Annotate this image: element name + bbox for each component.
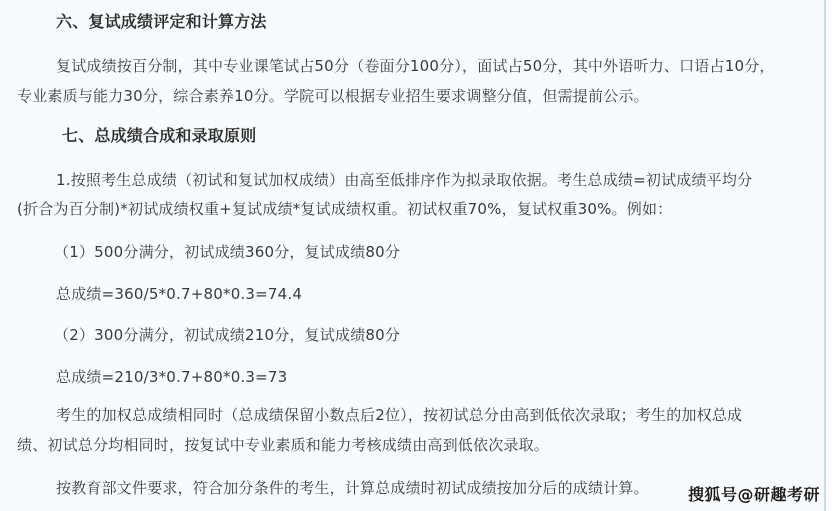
example-1: （1）500分满分，初试成绩360分，复试成绩80分 xyxy=(54,242,400,262)
rule-1-line-1: 1.按照考生总成绩（初试和复试加权成绩）由高至低排序作为拟录取依据。考生总成绩=… xyxy=(56,170,752,190)
example-2: （2）300分满分，初试成绩210分，复试成绩80分 xyxy=(54,325,400,345)
tie-rule-line-2: 绩、初试总分均相同时，按复试中专业素质和能力考核成绩由高到低依次录取。 xyxy=(17,435,549,455)
tie-rule-line-1: 考生的加权总成绩相同时（总成绩保留小数点后2位），按初试总分由高到低依次录取；考… xyxy=(56,405,742,425)
section-7-heading: 七、总成绩合成和录取原则 xyxy=(62,126,256,146)
example-2-formula: 总成绩=210/3*0.7+80*0.3=73 xyxy=(56,367,287,387)
section-6-heading: 六、复试成绩评定和计算方法 xyxy=(56,12,267,32)
example-1-formula: 总成绩=360/5*0.7+80*0.3=74.4 xyxy=(56,284,302,304)
section-6-paragraph-line-2: 专业素质与能力30分，综合素养10分。学院可以根据专业招生要求调整分值，但需提前… xyxy=(17,86,649,106)
sohu-watermark: 搜狐号@研趣考研 xyxy=(688,482,820,505)
document-page: 六、复试成绩评定和计算方法 复试成绩按百分制，其中专业课笔试占50分（卷面分10… xyxy=(0,0,826,511)
rule-1-line-2: (折合为百分制)*初试成绩权重+复试成绩*复试成绩权重。初试权重70%，复试权重… xyxy=(17,199,672,219)
section-6-paragraph-line-1: 复试成绩按百分制，其中专业课笔试占50分（卷面分100分），面试占50分，其中外… xyxy=(56,56,775,76)
bonus-points-rule: 按教育部文件要求，符合加分条件的考生，计算总成绩时初试成绩按加分后的成绩计算。 xyxy=(56,478,649,498)
